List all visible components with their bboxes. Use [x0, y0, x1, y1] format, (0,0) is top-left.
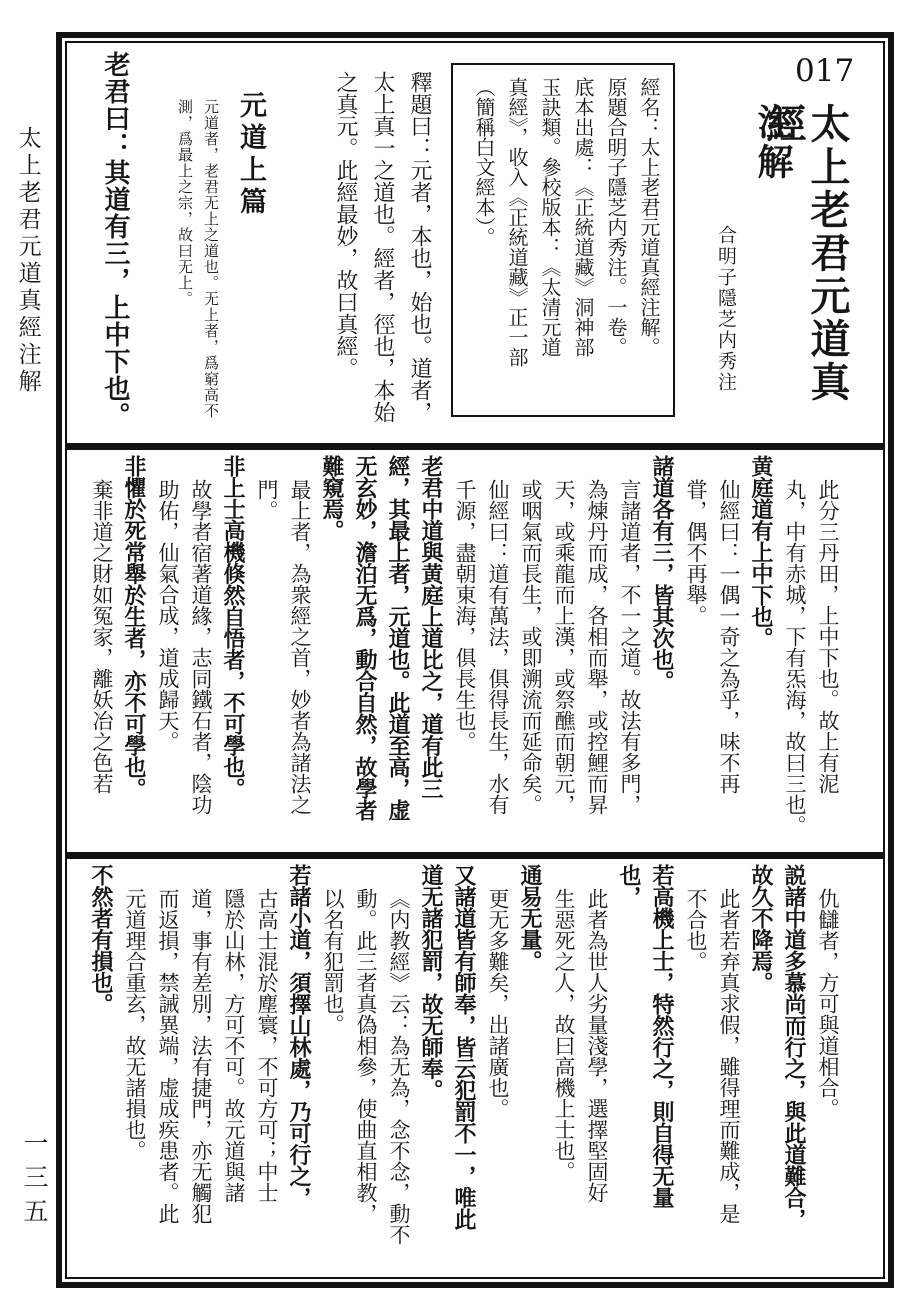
bottom-band-columns: 仇讎者，方可與道相合。説諸中道多慕尚而行之，與此道難合，故久不降焉。此者若弃真求… — [67, 859, 866, 1277]
attribution-line: 合明子隱芝内秀注 — [713, 225, 737, 393]
folio-number: 一三五 — [18, 1130, 48, 1232]
text-column: 也， — [613, 864, 646, 1273]
text-column: （簡稱白文經本）。 — [466, 77, 499, 403]
text-column: 太上真一之道也。經者，徑也，本始 — [365, 71, 402, 436]
text-column: 或咽氣而長生，或即溯流而延命矣。 — [514, 455, 547, 848]
text-column: 經，其最上者，元道也。此道至高，虚 — [382, 455, 415, 848]
text-column: 天，或乘龍而上漢，或祭醮而朝元， — [547, 455, 580, 848]
text-column: 道，事有差別，法有捷門，亦无觸犯 — [184, 864, 217, 1273]
text-column: 玉訣類。參校版本：《太清元道 — [532, 77, 565, 403]
text-column: 《内教經》云：為无為，念不念，動不 — [382, 864, 415, 1273]
text-column: 无玄妙，澹泊无爲，動合自然，故學者 — [349, 455, 382, 848]
text-column: 黄庭道有上中下也。 — [745, 455, 778, 848]
bottom-text-band: 仇讎者，方可與道相合。説諸中道多慕尚而行之，與此道難合，故久不降焉。此者若弃真求… — [67, 859, 883, 1277]
colophon-box: 經名：太上老君元道真經注解。原題合明子隱芝内秀注。一卷。底本出處：《正統道藏》洞… — [451, 63, 675, 417]
text-column: 門。 — [250, 455, 283, 848]
text-column: 甞，偶不再舉。 — [679, 455, 712, 848]
text-column: 原題合明子隱芝内秀注。一卷。 — [598, 77, 631, 403]
text-column: 以名有犯罰也。 — [316, 864, 349, 1273]
chapter-heading-note: 元道者，老君无上之道也。无上者，爲窮高不測，爲最上之宗，故曰无上。 — [171, 99, 223, 429]
text-column: 若諸小道，須擇山林處，乃可行之， — [283, 864, 316, 1273]
scanned-book-page: 太上老君元道真經注解 一三五 017 太上老君元道真經 注解 合明子隱芝内秀注 … — [0, 0, 900, 1300]
text-column: 不然者有損也。 — [85, 864, 118, 1273]
text-column: 丸，中有赤城，下有炁海，故曰三也。 — [778, 455, 811, 848]
text-column: 故久不降焉。 — [745, 864, 778, 1273]
text-column: 仙經曰：一偶一奇之為乎，味不再 — [712, 455, 745, 848]
text-column: 説諸中道多慕尚而行之，與此道難合， — [778, 864, 811, 1273]
text-column: 千源，盡朝東海，俱長生也。 — [448, 455, 481, 848]
text-column: 此分三丹田，上中下也。故上有泥 — [811, 455, 844, 848]
serial-number: 017 — [795, 53, 853, 89]
text-column: 故學者宿著道緣，志同鐵石者，陰功 — [184, 455, 217, 848]
text-column: 若高機上士，特然行之，則自得无量 — [646, 864, 679, 1273]
band-divider-upper — [67, 443, 883, 450]
middle-text-band: 此分三丹田，上中下也。故上有泥丸，中有赤城，下有炁海，故曰三也。黄庭道有上中下也… — [67, 450, 883, 852]
text-column: 底本出處：《正統道藏》洞神部 — [565, 77, 598, 403]
text-column: 元道者，老君无上之道也。无上者，爲窮高不 — [197, 99, 223, 429]
text-column: 真經》，收入《正統道藏》正一部 — [499, 77, 532, 403]
text-column: 非上士高機倏然自悟者，不可學也。 — [217, 455, 250, 848]
text-column: 動。此三者真偽相參，使曲直相教， — [349, 864, 382, 1273]
title-band: 017 太上老君元道真經 注解 合明子隱芝内秀注 經名：太上老君元道真經注解。原… — [67, 43, 883, 443]
text-column: 助佑，仙氣合成，道成歸天。 — [151, 455, 184, 848]
page-outer-frame: 017 太上老君元道真經 注解 合明子隱芝内秀注 經名：太上老君元道真經注解。原… — [56, 32, 894, 1288]
text-column: 之真元。此經最妙，故曰真經。 — [328, 71, 365, 436]
text-column: 釋題曰：元者，本也，始也。道者， — [402, 71, 439, 436]
text-column: 道无諸犯罰，故无師奉。 — [415, 864, 448, 1273]
text-column: 通易无量。 — [514, 864, 547, 1273]
chapter-heading: 元道上篇 — [235, 91, 267, 219]
band-divider-lower — [67, 852, 883, 859]
text-column: 測，爲最上之宗，故曰无上。 — [171, 99, 197, 429]
text-column: 此者為世人劣量淺學，選擇堅固好 — [580, 864, 613, 1273]
text-column: 非懼於死常舉於生者，亦不可學也。 — [118, 455, 151, 848]
book-title-suffix: 注解 — [752, 103, 793, 183]
text-column: 此者若弃真求假，雖得理而難成，是 — [712, 864, 745, 1273]
text-column: 經名：太上老君元道真經注解。 — [631, 77, 664, 403]
text-column: 最上者，為衆經之首，妙者為諸法之 — [283, 455, 316, 848]
preface-block: 釋題曰：元者，本也，始也。道者，太上真一之道也。經者，徑也，本始之真元。此經最妙… — [328, 71, 439, 436]
text-column: 而返損，禁誡異端，虚成疾患者。此 — [151, 864, 184, 1273]
spine-title: 太上老君元道真經注解 — [14, 126, 42, 396]
text-column: 不合也。 — [679, 864, 712, 1273]
text-column: 諸道各有三，皆其次也。 — [646, 455, 679, 848]
text-column: 更无多難矣，出諸廣也。 — [481, 864, 514, 1273]
text-column: 隱於山林，方可不可。故元道與諸 — [217, 864, 250, 1273]
text-column: 言諸道者，不一之道。故法有多門， — [613, 455, 646, 848]
page-inner-frame: 017 太上老君元道真經 注解 合明子隱芝内秀注 經名：太上老君元道真經注解。原… — [65, 41, 885, 1279]
text-column: 仇讎者，方可與道相合。 — [811, 864, 844, 1273]
text-column: 為煉丹而成，各相而舉，或控鯉而昇 — [580, 455, 613, 848]
text-column: 仙經曰：道有萬法，俱得長生，水有 — [481, 455, 514, 848]
scripture-opening-line: 老君曰：其道有三，上中下也。 — [97, 51, 133, 429]
text-column: 古高士混於塵寰，不可方可；中士 — [250, 864, 283, 1273]
text-column: 又諸道皆有師奉，皆云犯罰不一，唯此 — [448, 864, 481, 1273]
text-column: 難窺焉。 — [316, 455, 349, 848]
text-column: 老君中道與黄庭上道比之，道有此三 — [415, 455, 448, 848]
text-column: 元道理合重玄，故无諸損也。 — [118, 864, 151, 1273]
text-column: 棄非道之財如冤家，離妖冶之色若 — [85, 455, 118, 848]
text-column: 生惡死之人，故曰高機上士也。 — [547, 864, 580, 1273]
middle-band-columns: 此分三丹田，上中下也。故上有泥丸，中有赤城，下有炁海，故曰三也。黄庭道有上中下也… — [67, 450, 866, 852]
